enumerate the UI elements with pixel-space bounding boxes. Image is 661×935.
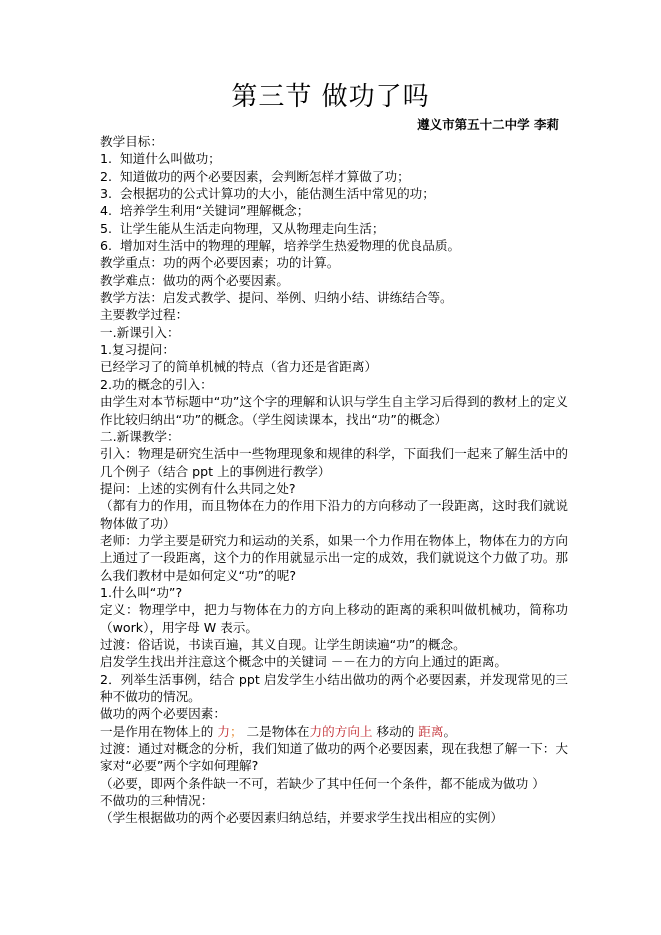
objective-item: 4.培养学生利用“关键词”理解概念； xyxy=(100,202,568,219)
transition-text: 过渡：俗话说，书读百遍，其义自现。让学生朗读遍“功”的概念。 xyxy=(100,636,568,653)
difficult-points: 教学难点：做功的两个必要因素。 xyxy=(100,272,568,289)
concept-heading: 2.功的概念的引入： xyxy=(100,376,568,393)
factors-text: 二是物体在 xyxy=(243,724,310,739)
teaching-methods: 教学方法：启发式教学、提问、举例、归纳小结、讲练结合等。 xyxy=(100,289,568,306)
objective-text: 知道做功的两个必要因素，会判断怎样才算做了功； xyxy=(120,169,410,184)
objective-number: 3. xyxy=(100,185,120,202)
document-body: 教学目标： 1.知道什么叫做功； 2.知道做功的两个必要因素，会判断怎样才算做了… xyxy=(100,133,568,827)
objective-number: 2. xyxy=(100,168,120,185)
highlight-separator: ； xyxy=(230,724,243,739)
section-heading-intro: 一.新课引入： xyxy=(100,324,568,341)
necessary-text: （必要，即两个条件缺一不可，若缺少了其中任何一个条件，都不能成为做功 ） xyxy=(100,775,568,792)
examples-paragraph: 2．列举生活事例，结合 ppt 启发学生小结出做功的两个必要因素，并发现常见的三… xyxy=(100,671,568,706)
objective-text: 增加对生活中的物理的理解，培养学生热爱物理的优良品质。 xyxy=(120,238,460,253)
highlight-force: 力 xyxy=(217,724,230,739)
objectives-heading: 教学目标： xyxy=(100,133,568,150)
transition-paragraph: 过渡：通过对概念的分析，我们知道了做功的两个必要因素，现在我想了解一下：大家对“… xyxy=(100,740,568,775)
intro-paragraph: 引入：物理是研究生活中一些物理现象和规律的科学，下面我们一起来了解生活中的几个例… xyxy=(100,445,568,480)
answer-paragraph: （都有力的作用，而且物体在力的作用下沿力的方向移动了一段距离，这时我们就说物体做… xyxy=(100,497,568,532)
review-heading: 1.复习提问： xyxy=(100,341,568,358)
definition-paragraph: 定义：物理学中，把力与物体在力的方向上移动的距离的乘积叫做机械功，简称功（wor… xyxy=(100,601,568,636)
question-text: 提问：上述的实例有什么共同之处? xyxy=(100,480,568,497)
objective-item: 1.知道什么叫做功； xyxy=(100,150,568,167)
factors-text: 一是作用在物体上的 xyxy=(100,724,217,739)
objective-item: 2.知道做功的两个必要因素，会判断怎样才算做了功； xyxy=(100,168,568,185)
keyword-text: 启发学生找出并注意这个概念中的关键词 －－在力的方向上通过的距离。 xyxy=(100,653,568,670)
objective-item: 5.让学生能从生活走向物理，又从物理走向生活； xyxy=(100,220,568,237)
objective-item: 6.增加对生活中的物理的理解，培养学生热爱物理的优良品质。 xyxy=(100,237,568,254)
factors-line: 一是作用在物体上的 力； 二是物体在力的方向上 移动的 距离。 xyxy=(100,723,568,740)
objective-item: 3.会根据功的公式计算功的大小，能估测生活中常见的功； xyxy=(100,185,568,202)
factors-text: 移动的 xyxy=(373,724,419,739)
document-page: 第三节 做功了吗 遵义市第五十二中学 李莉 教学目标： 1.知道什么叫做功； 2… xyxy=(0,0,661,935)
objective-text: 知道什么叫做功； xyxy=(120,151,221,166)
factors-heading: 做功的两个必要因素： xyxy=(100,705,568,722)
concept-paragraph: 由学生对本节标题中“功”这个字的理解和认识与学生自主学习后得到的教材上的定义作比… xyxy=(100,393,568,428)
review-text: 已经学习了的简单机械的特点（省力还是省距离） xyxy=(100,358,568,375)
objective-number: 1. xyxy=(100,150,120,167)
no-work-heading: 不做功的三种情况： xyxy=(100,792,568,809)
no-work-text: （学生根据做功的两个必要因素归纳总结，并要求学生找出相应的实例） xyxy=(100,809,568,826)
objective-number: 4. xyxy=(100,202,120,219)
section-heading-teaching: 二.新课教学： xyxy=(100,428,568,445)
document-title: 第三节 做功了吗 xyxy=(0,80,661,114)
highlight-distance: 距离 xyxy=(418,724,443,739)
author-line: 遵义市第五十二中学 李莉 xyxy=(417,116,559,134)
objective-text: 会根据功的公式计算功的大小，能估测生活中常见的功； xyxy=(120,186,435,201)
highlight-direction: 力的方向上 xyxy=(310,724,373,739)
key-points: 教学重点：功的两个必要因素；功的计算。 xyxy=(100,254,568,271)
objective-text: 让学生能从生活走向物理，又从物理走向生活； xyxy=(120,221,384,236)
process-heading: 主要教学过程： xyxy=(100,306,568,323)
objective-number: 5. xyxy=(100,220,120,237)
teacher-paragraph: 老师：力学主要是研究力和运动的关系，如果一个力作用在物体上，物体在力的方向上通过… xyxy=(100,532,568,584)
objective-text: 培养学生利用“关键词”理解概念； xyxy=(120,203,309,218)
objective-number: 6. xyxy=(100,237,120,254)
factors-text: 。 xyxy=(443,724,456,739)
what-is-work-heading: 1.什么叫“功”? xyxy=(100,584,568,601)
